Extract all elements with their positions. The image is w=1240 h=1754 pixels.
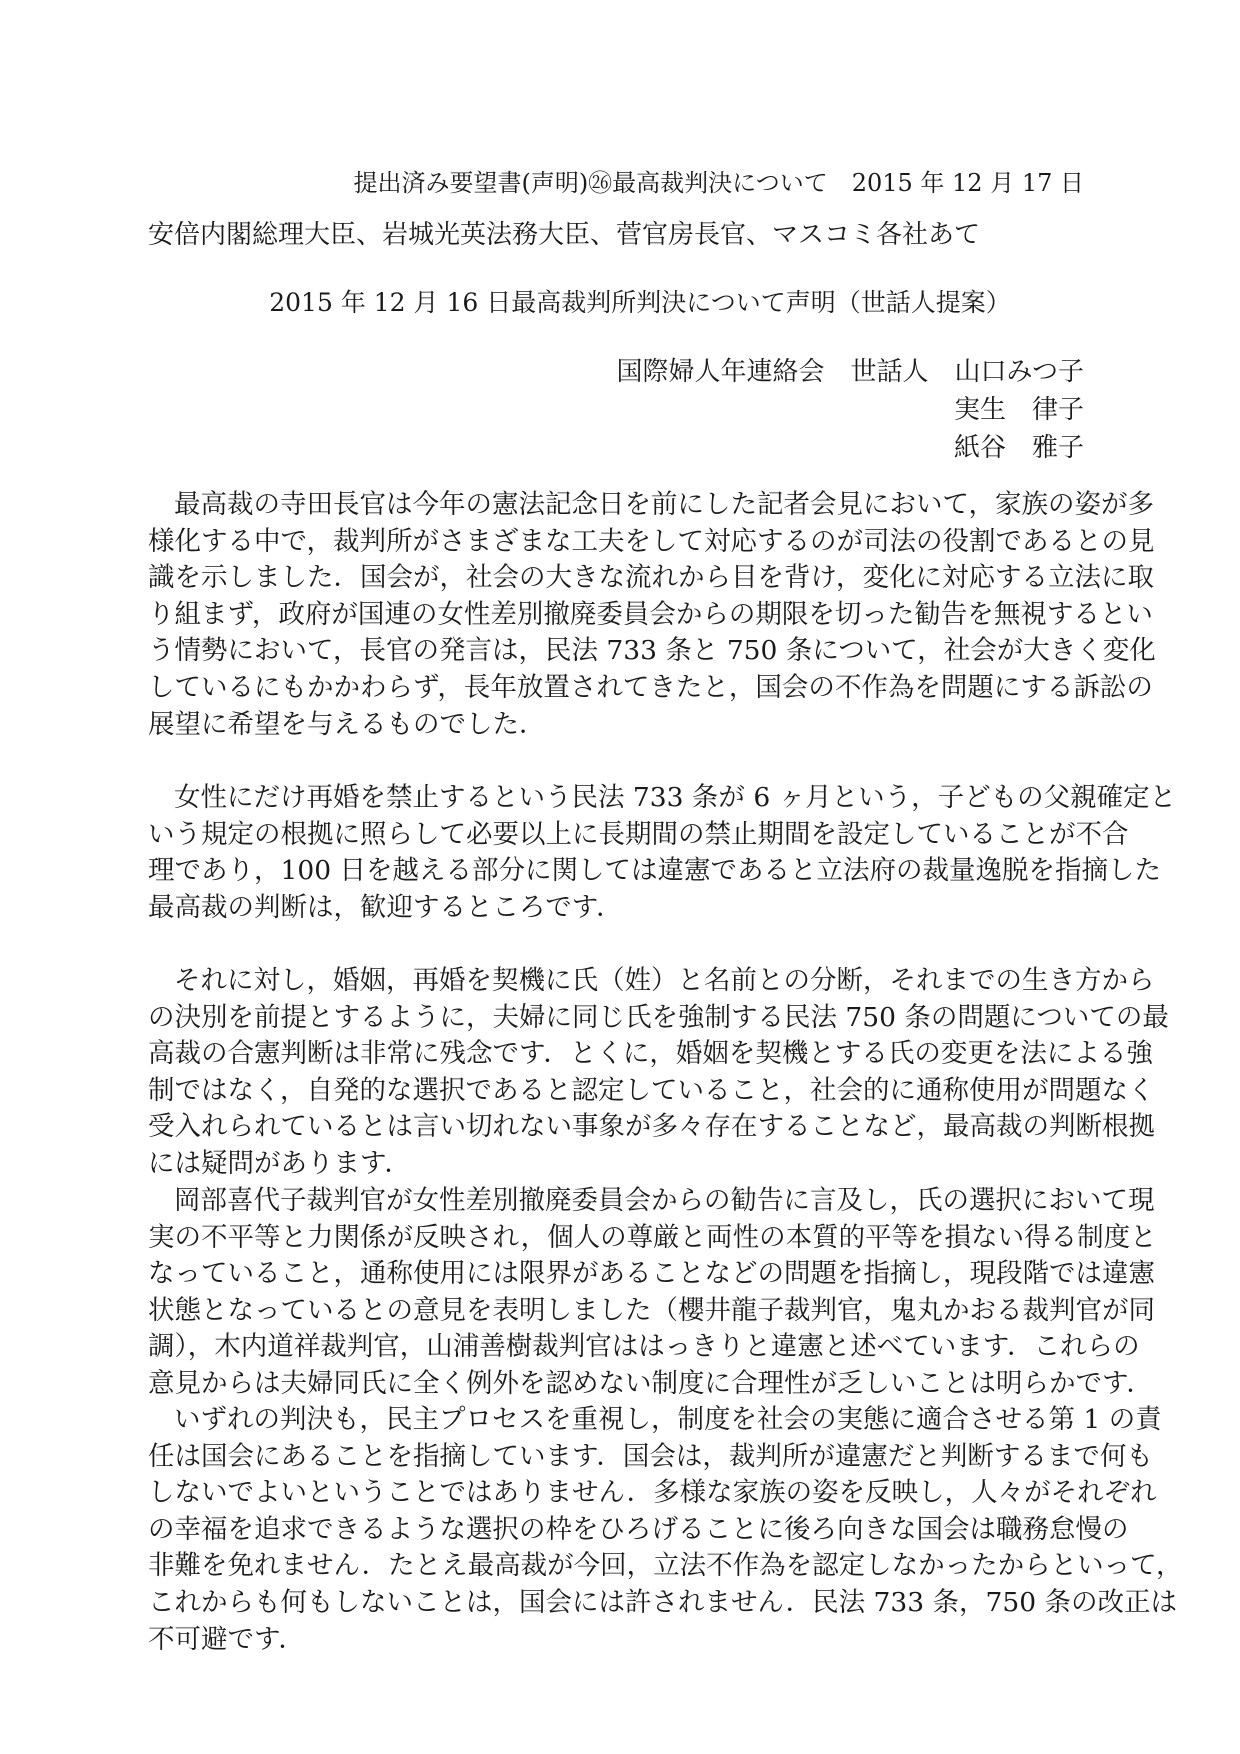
paragraph-line: しているにもかかわらず，長年放置されてきたと，国会の不作為を問題にする訴訟の [148,670,1088,707]
statement-title: 2015 年 12 月 16 日最高裁判所判決について声明（世話人提案） [0,285,1240,321]
paragraph-line: これからも何もしないことは，国会には許されません．民法 733 条，750 条の… [148,1585,1088,1622]
paragraph-line: 受入れられているとは言い切れない事象が多々存在することなど，最高裁の判断根拠 [148,1109,1088,1146]
paragraph-line: り組まず，政府が国連の女性差別撤廃委員会からの期限を切った勧告を無視するとい [148,597,1088,634]
paragraph-line: 状態となっているとの意見を表明しました（櫻井龍子裁判官，鬼丸かおる裁判官が同 [148,1293,1088,1330]
paragraph-line: 展望に希望を与えるものでした． [148,707,1088,744]
paragraph-line: 理であり，100 日を越える部分に関しては違憲であると立法府の裁量逸脱を指摘した [148,853,1088,890]
paragraph-line: いう規定の根拠に照らして必要以上に長期間の禁止期間を設定していることが不合 [148,817,1088,854]
paragraph-line: しないでよいということではありません．多様な家族の姿を反映し，人々がそれぞれ [148,1475,1088,1512]
addressee-line: 安倍内閣総理大臣、岩城光英法務大臣、菅官房長官、マスコミ各社あて [148,217,980,253]
paragraph-line: 女性にだけ再婚を禁止するという民法 733 条が 6 ヶ月という，子どもの父親確… [148,780,1088,817]
paragraph-line: 岡部喜代子裁判官が女性差別撤廃委員会からの勧告に言及し，氏の選択において現 [148,1183,1088,1220]
paragraph-line: には疑問があります． [148,1146,1088,1183]
paragraph-2: 女性にだけ再婚を禁止するという民法 733 条が 6 ヶ月という，子どもの父親確… [148,780,1088,926]
paragraph-line: なっていること，通称使用には限界があることなどの問題を指摘し，現段階では違憲 [148,1256,1088,1293]
paragraph-5: いずれの判決も，民主プロセスを重視し，制度を社会の実態に適合させる第 1 の責 … [148,1402,1088,1658]
paragraph-line: 調），木内道祥裁判官，山浦善樹裁判官ははっきりと違憲と述べています．これらの [148,1329,1088,1366]
paragraph-line: いずれの判決も，民主プロセスを重視し，制度を社会の実態に適合させる第 1 の責 [148,1402,1088,1439]
paragraph-4: 岡部喜代子裁判官が女性差別撤廃委員会からの勧告に言及し，氏の選択において現 実の… [148,1183,1088,1403]
paragraph-line: 高裁の合憲判断は非常に残念です．とくに，婚姻を契機とする氏の変更を法による強 [148,1036,1088,1073]
signatory-name: 実生 律子 [954,392,1084,428]
signatory-name: 紙谷 雅子 [954,430,1084,466]
paragraph-line: 意見からは夫婦同氏に全く例外を認めない制度に合理性が乏しいことは明らかです． [148,1366,1088,1403]
document-page: 提出済み要望書(声明)㉖最高裁判決について 2015 年 12 月 17 日 安… [0,0,1240,1754]
paragraph-line: の決別を前提とするように，夫婦に同じ氏を強制する民法 750 条の問題についての… [148,1000,1088,1037]
paragraph-line: 制ではなく，自発的な選択であると認定していること，社会的に通称使用が問題なく [148,1073,1088,1110]
paragraph-line: 最高裁の寺田長官は今年の憲法記念日を前にした記者会見において，家族の姿が多 [148,487,1088,524]
paragraph-line: 様化する中で，裁判所がさまざまな工夫をして対応するのが司法の役割であるとの見 [148,524,1088,561]
paragraph-line: 任は国会にあることを指摘しています．国会は，裁判所が違憲だと判断するまで何も [148,1439,1088,1476]
paragraph-1: 最高裁の寺田長官は今年の憲法記念日を前にした記者会見において，家族の姿が多 様化… [148,487,1088,743]
paragraph-line: う情勢において，長官の発言は，民法 733 条と 750 条について，社会が大き… [148,633,1088,670]
paragraph-line: の幸福を追求できるような選択の枠をひろげることに後ろ向きな国会は職務怠慢の [148,1512,1088,1549]
document-reference-header: 提出済み要望書(声明)㉖最高裁判決について 2015 年 12 月 17 日 [353,165,1084,201]
paragraph-line: それに対し，婚姻，再婚を契機に氏（姓）と名前との分断，それまでの生き方から [148,963,1088,1000]
paragraph-line: 非難を免れません．たとえ最高裁が今回，立法不作為を認定しなかったからといって， [148,1548,1088,1585]
paragraph-line: 最高裁の判断は，歓迎するところです． [148,890,1088,927]
signatory-organization: 国際婦人年連絡会 世話人 山口みつ子 [617,354,1084,390]
paragraph-line: 不可避です． [148,1622,1088,1659]
paragraph-line: 識を示しました．国会が，社会の大きな流れから目を背け，変化に対応する立法に取 [148,560,1088,597]
paragraph-line: 実の不平等と力関係が反映され，個人の尊厳と両性の本質的平等を損ない得る制度と [148,1220,1088,1257]
paragraph-3: それに対し，婚姻，再婚を契機に氏（姓）と名前との分断，それまでの生き方から の決… [148,963,1088,1183]
